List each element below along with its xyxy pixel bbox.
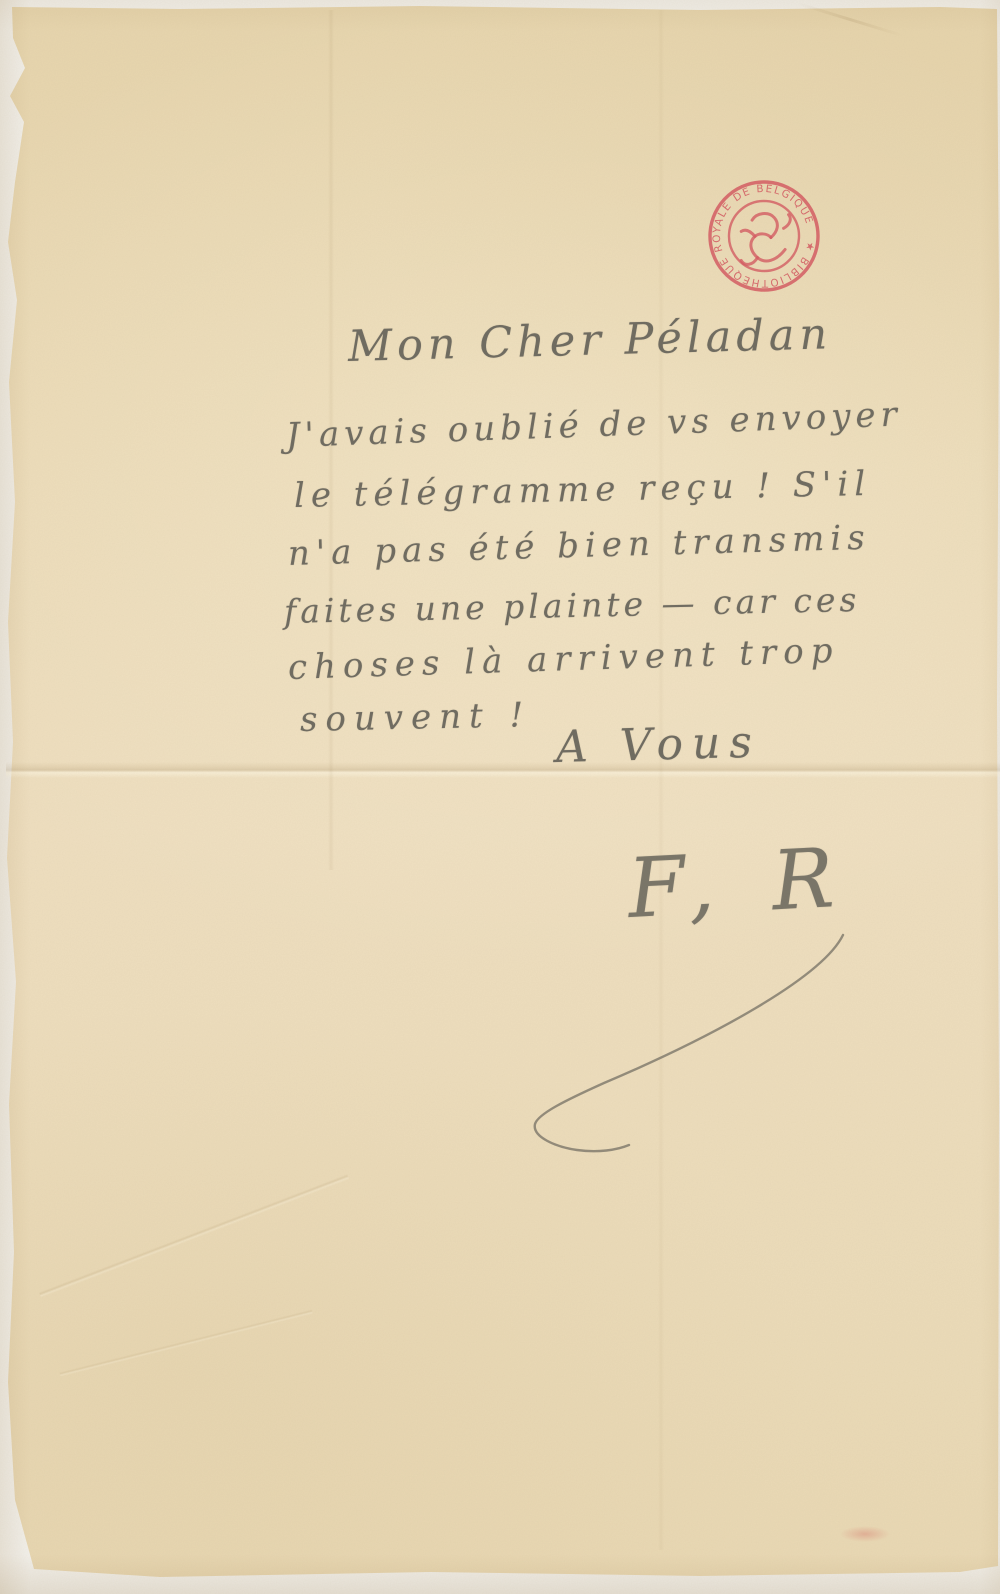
signature-initials: F, R: [626, 830, 853, 936]
lion-icon: [739, 211, 791, 267]
closing-line: A Vous: [555, 717, 761, 773]
body-line-6: souvent !: [300, 695, 532, 740]
library-stamp: ★ BIBLIOTHEQUE ROYALE DE BELGIQUE: [698, 170, 830, 302]
scanned-letter: ★ BIBLIOTHEQUE ROYALE DE BELGIQUE Mon Ch…: [0, 0, 1000, 1594]
stamp-ring-text: ★ BIBLIOTHEQUE ROYALE DE BELGIQUE: [707, 179, 821, 292]
paper-sheet: [0, 0, 1000, 1594]
stamp-outer-circle: [706, 178, 821, 293]
svg-text:★ BIBLIOTHEQUE ROYALE DE BELGI: ★ BIBLIOTHEQUE ROYALE DE BELGIQUE: [707, 179, 821, 292]
